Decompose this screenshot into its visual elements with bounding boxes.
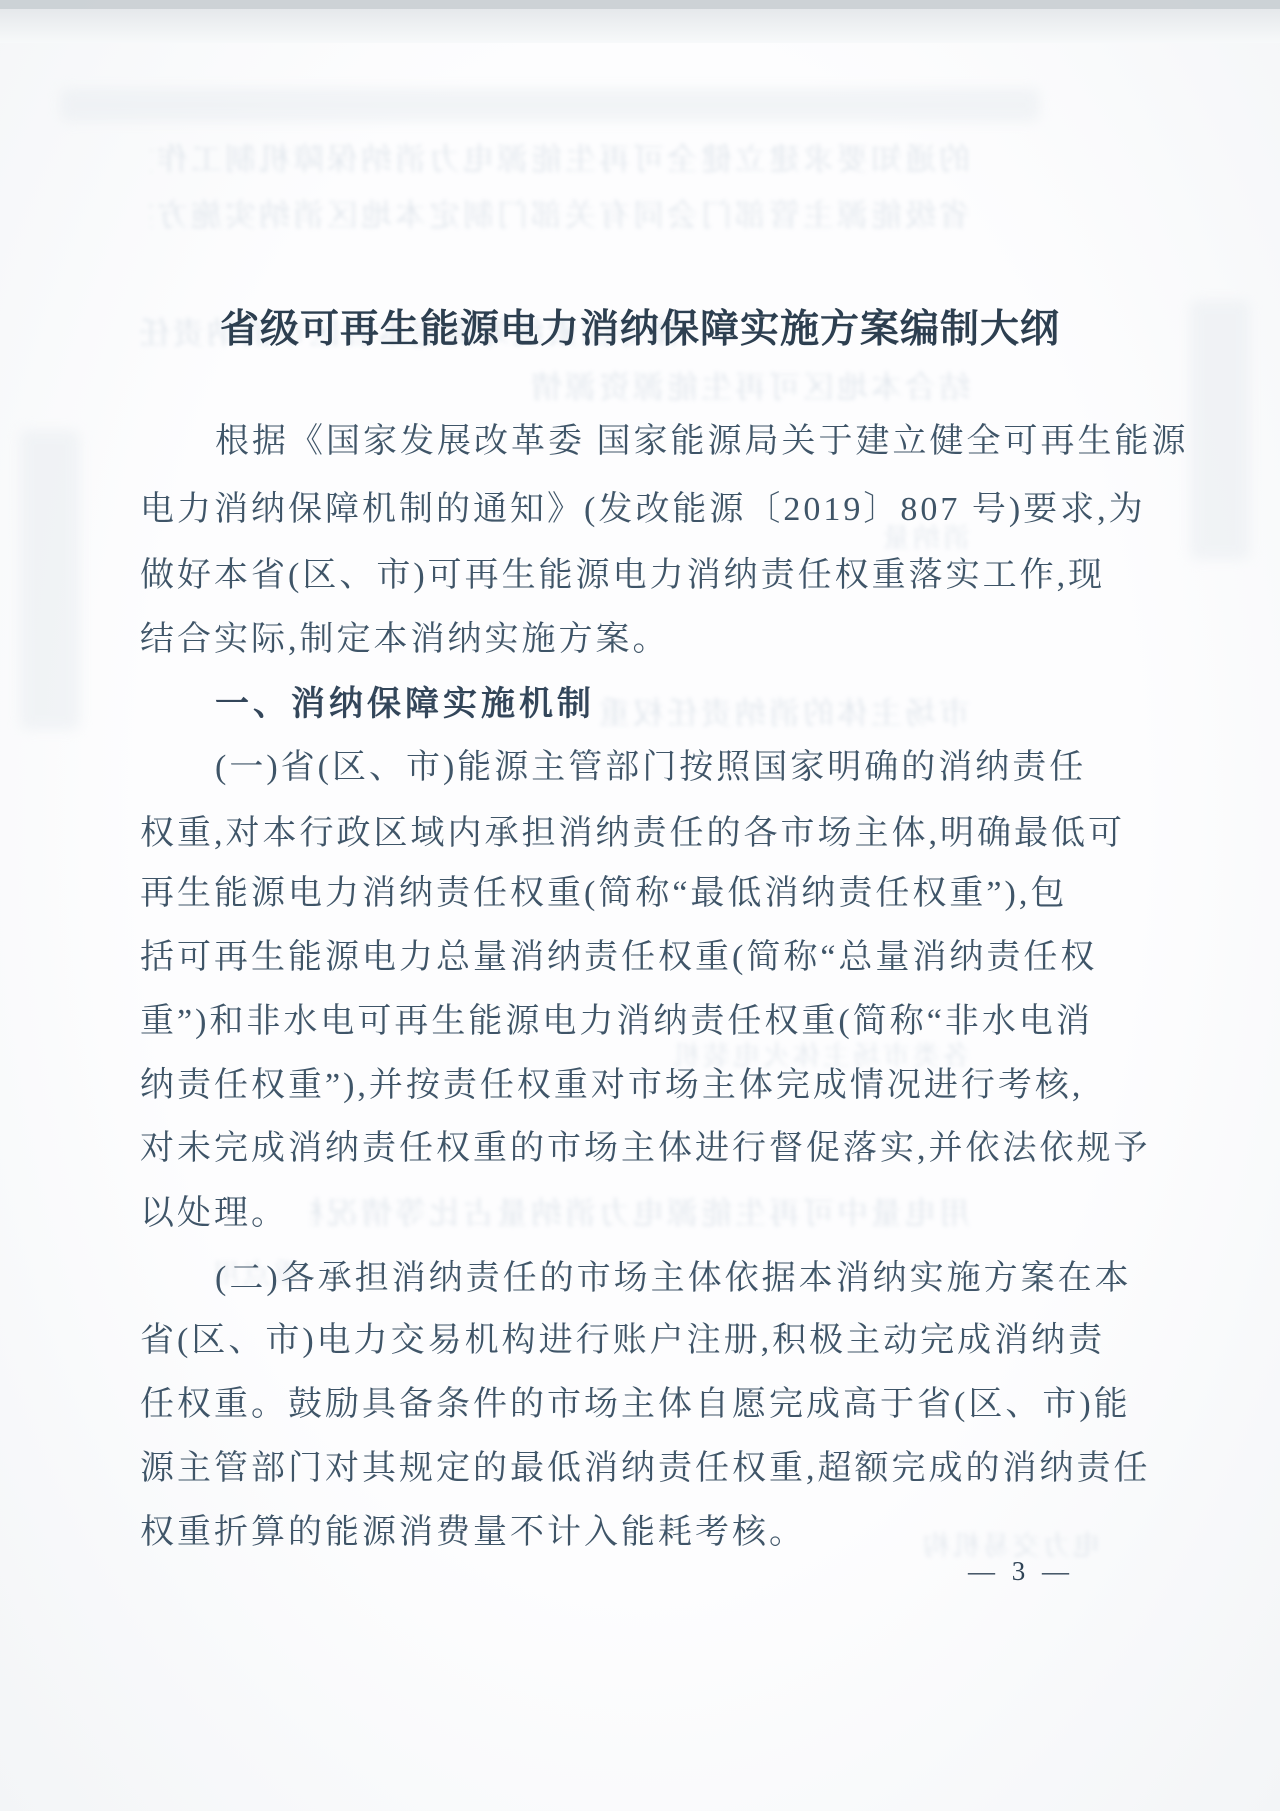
body-line: 根据《国家发展改革委 国家能源局关于建立健全可再生能源 [215, 413, 1189, 462]
bleedthrough-text: 的通知要求建立健全可再生能源电力消纳保障机制工作方案 [150, 134, 970, 179]
body-line: 以处理。 [140, 1185, 288, 1234]
scan-smudge [60, 88, 1040, 122]
document-title: 省级可再生能源电力消纳保障实施方案编制大纲 [0, 298, 1280, 354]
body-line: 结合实际,制定本消纳实施方案。 [140, 611, 670, 660]
body-line: 权重折算的能源消费量不计入能耗考核。 [140, 1504, 806, 1553]
scanner-edge-band-dark [0, 0, 1280, 9]
scan-smudge [20, 430, 80, 730]
body-line: 任权重。鼓励具备条件的市场主体自愿完成高于省(区、市)能 [140, 1376, 1131, 1425]
section-heading: 一、消纳保障实施机制 [215, 676, 595, 725]
body-line: 权重,对本行政区域内承担消纳责任的各市场主体,明确最低可 [140, 805, 1125, 854]
body-line: 再生能源电力消纳责任权重(简称“最低消纳责任权重”),包 [140, 865, 1067, 914]
body-line: 源主管部门对其规定的最低消纳责任权重,超额完成的消纳责任 [140, 1440, 1151, 1489]
scanned-document-page: 的通知要求建立健全可再生能源电力消纳保障机制工作方案 省级能源主管部门会同有关部… [0, 0, 1280, 1811]
body-line: 电力消纳保障机制的通知》(发改能源〔2019〕807 号)要求,为 [140, 481, 1146, 530]
body-line: 对未完成消纳责任权重的市场主体进行督促落实,并依法依规予 [140, 1120, 1151, 1169]
bleedthrough-text: 用电量中可再生能源电力消纳量占比等情况核定 [310, 1188, 970, 1233]
body-line: 省(区、市)电力交易机构进行账户注册,积极主动完成消纳责 [140, 1312, 1105, 1361]
body-line: 括可再生能源电力总量消纳责任权重(简称“总量消纳责任权 [140, 929, 1097, 978]
bleedthrough-text: 省级能源主管部门会同有关部门制定本地区消纳实施方案 [150, 190, 970, 235]
body-line: 纳责任权重”),并按责任权重对市场主体完成情况进行考核, [140, 1057, 1083, 1106]
page-number: — 3 — [968, 1556, 1074, 1587]
body-line: (二)各承担消纳责任的市场主体依据本消纳实施方案在本 [215, 1250, 1132, 1299]
body-line: 做好本省(区、市)可再生能源电力消纳责任权重落实工作,现 [140, 547, 1105, 596]
bleedthrough-text: 结合本地区可再生能源资源情况电力消费水平 [530, 362, 970, 407]
scanner-edge-band-light [0, 9, 1280, 43]
body-line: (一)省(区、市)能源主管部门按照国家明确的消纳责任 [215, 739, 1086, 788]
body-line: 重”)和非水电可再生能源电力消纳责任权重(简称“非水电消 [140, 993, 1093, 1042]
